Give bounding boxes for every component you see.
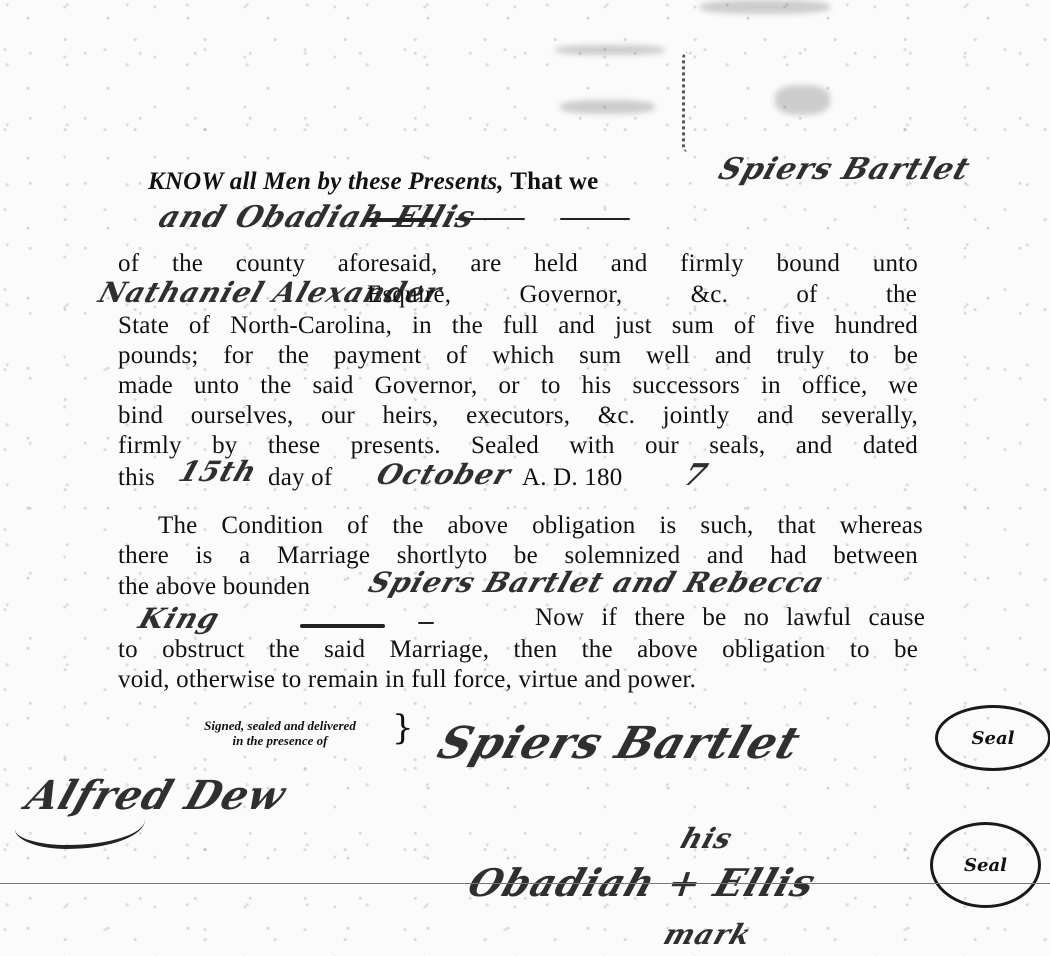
date-this: this — [118, 464, 155, 492]
scan-line — [0, 883, 1050, 884]
docket-smudge — [560, 100, 655, 114]
body-line-5: made unto the said Governor, or to his s… — [118, 372, 918, 400]
docket-smudge — [700, 0, 830, 14]
fill-dash — [418, 622, 434, 624]
handwritten-year-digit: 7 — [679, 458, 712, 493]
heading-italic: KNOW all Men by these Presents, — [148, 168, 504, 195]
seal-2-label: Seal — [964, 855, 1007, 876]
brace: } — [392, 708, 414, 748]
fill-dash — [300, 624, 385, 628]
condition-line-4: Now if there be no lawful cause — [535, 604, 925, 632]
condition-line-1: The Condition of the above obligation is… — [158, 512, 923, 540]
condition-line-5: to obstruct the said Marriage, then the … — [118, 636, 918, 664]
seal-2: Seal — [930, 822, 1041, 908]
body-line-2: Esquire, Governor, &c. of the — [367, 281, 917, 309]
docket-scroll-border — [682, 52, 697, 152]
fill-dash — [455, 218, 525, 220]
handwritten-bride-surname: King — [135, 602, 225, 635]
seal-1: Seal — [935, 705, 1050, 771]
docket-smudge — [775, 85, 830, 115]
handwritten-obligor-1: Spiers Bartlet — [714, 152, 974, 187]
body-line-3: State of North-Carolina, in the full and… — [118, 312, 918, 340]
seal-1-label: Seal — [972, 728, 1015, 749]
body-line-6: bind ourselves, our heirs, executors, &c… — [118, 402, 918, 430]
handwritten-month: October — [373, 458, 516, 491]
bond-heading: KNOW all Men by these Presents, That we — [148, 168, 598, 196]
handwritten-day: 15th — [175, 455, 262, 488]
docket-smudge — [555, 45, 665, 55]
signature-his-label: his — [677, 822, 737, 855]
condition-line-6: void, otherwise to remain in full force,… — [118, 666, 696, 694]
witness-caption-line-1: Signed, sealed and delivered — [160, 718, 400, 733]
date-day-of: day of — [268, 464, 332, 492]
signature-spiers-bartlet: Spiers Bartlet — [432, 718, 807, 769]
witness-caption-line-2: in the presence of — [160, 733, 400, 748]
body-line-4: pounds; for the payment of which sum wel… — [118, 342, 918, 370]
fill-dash — [365, 218, 435, 222]
witness-flourish — [15, 800, 145, 849]
signature-mark-label: mark — [660, 918, 757, 951]
handwritten-parties: Spiers Bartlet and Rebecca — [365, 566, 829, 599]
witness-caption: Signed, sealed and delivered in the pres… — [160, 718, 400, 748]
body-line-1: of the county aforesaid, are held and fi… — [118, 250, 918, 278]
fill-dash — [560, 218, 630, 220]
heading-roman: That we — [510, 168, 598, 195]
condition-line-3: the above bounden — [118, 573, 310, 601]
date-ad: A. D. 180 — [522, 464, 622, 492]
